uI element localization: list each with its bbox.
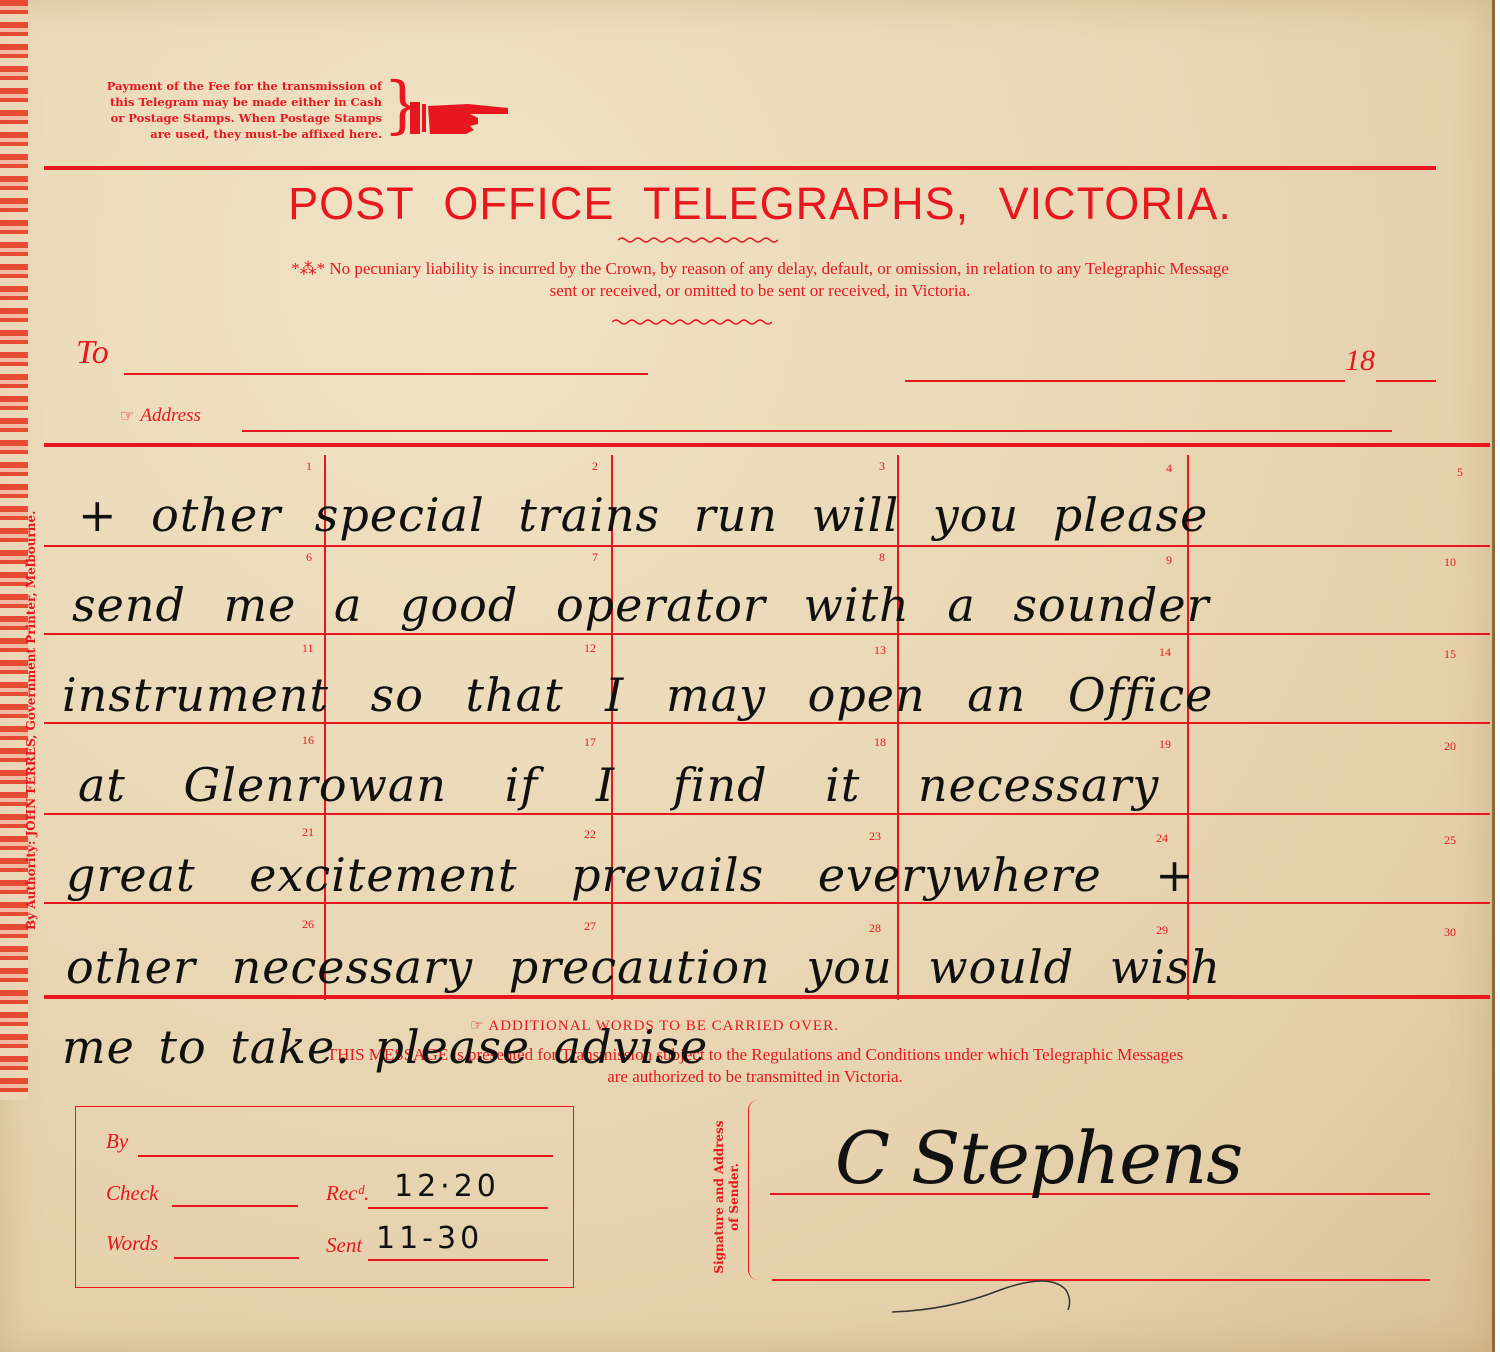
by-label: By <box>106 1129 128 1154</box>
cell-number: 18 <box>874 735 886 750</box>
to-label: To <box>76 334 109 372</box>
cell-number: 9 <box>1166 553 1172 568</box>
words-label: Words <box>106 1231 158 1256</box>
wavy-divider <box>612 318 772 326</box>
cell-number: 27 <box>584 919 596 934</box>
cell-number: 4 <box>1166 461 1172 476</box>
sender-address-field[interactable] <box>772 1279 1430 1281</box>
cell-number: 29 <box>1156 923 1168 938</box>
cell-number: 8 <box>879 550 885 565</box>
check-label: Check <box>106 1181 158 1206</box>
message-line: instrument so that I may open an Office <box>62 668 1213 722</box>
pointing-hand-icon <box>408 96 512 138</box>
cell-number: 19 <box>1159 737 1171 752</box>
cell-number: 12 <box>584 641 596 656</box>
cell-number: 28 <box>869 921 881 936</box>
by-field[interactable] <box>138 1155 553 1157</box>
cell-number: 6 <box>306 550 312 565</box>
received-time: 12·20 <box>394 1169 500 1204</box>
sender-brace <box>748 1100 769 1280</box>
pointing-hand-icon: ☞ <box>120 408 134 425</box>
date-field[interactable] <box>905 380 1345 382</box>
message-line: send me a good operator with a sounder <box>72 578 1210 632</box>
cell-number: 16 <box>302 733 314 748</box>
grid-row-divider <box>44 813 1490 815</box>
grid-row-divider <box>44 722 1490 724</box>
address-label: ☞Address <box>120 405 201 427</box>
fee-note: Payment of the Fee for the transmission … <box>52 78 382 142</box>
grid-row-divider <box>44 545 1490 547</box>
grid-top-rule <box>44 443 1490 447</box>
cell-number: 17 <box>584 735 596 750</box>
address-field[interactable] <box>242 430 1392 432</box>
cell-number: 7 <box>592 550 598 565</box>
sent-label: Sent <box>326 1233 362 1258</box>
year-label: 18 <box>1345 344 1375 378</box>
sender-label: Signature and Address of Sender. <box>712 1112 742 1282</box>
liability-notice: *⁂* No pecuniary liability is incurred b… <box>60 258 1460 302</box>
message-line: + other special trains run will you plea… <box>78 488 1208 542</box>
check-field[interactable] <box>172 1205 298 1207</box>
printer-credit: By Authority: JOHN FERRES, Government Pr… <box>24 511 38 930</box>
message-line: other necessary precaution you would wis… <box>66 940 1221 994</box>
received-label: Recᵈ. <box>326 1181 369 1206</box>
cell-number: 10 <box>1444 555 1456 570</box>
cell-number: 20 <box>1444 739 1456 754</box>
page-title: POST OFFICE TELEGRAPHS, VICTORIA. <box>200 178 1320 230</box>
to-field[interactable] <box>124 373 648 375</box>
cell-number: 23 <box>869 829 881 844</box>
telegram-form: By Authority: JOHN FERRES, Government Pr… <box>0 0 1495 1352</box>
grid-row-divider <box>44 633 1490 635</box>
cell-number: 5 <box>1457 465 1463 480</box>
year-field[interactable] <box>1376 380 1436 382</box>
cell-number: 24 <box>1156 831 1168 846</box>
message-line: me to take. please advise <box>62 1020 708 1074</box>
cell-number: 3 <box>879 459 885 474</box>
grid-row-divider <box>44 902 1490 904</box>
sent-field[interactable] <box>368 1259 548 1261</box>
cell-number: 25 <box>1444 833 1456 848</box>
cell-number: 30 <box>1444 925 1456 940</box>
cell-number: 22 <box>584 827 596 842</box>
sent-time: 11-30 <box>376 1221 483 1256</box>
wavy-divider <box>618 236 778 244</box>
received-field[interactable] <box>368 1207 548 1209</box>
words-field[interactable] <box>174 1257 299 1259</box>
cell-number: 21 <box>302 825 314 840</box>
office-use-box: By Check Words Recᵈ. 12·20 Sent 11-30 <box>75 1106 574 1288</box>
header-rule <box>44 166 1436 170</box>
cell-number: 15 <box>1444 647 1456 662</box>
cell-number: 2 <box>592 459 598 474</box>
message-line: great excitement prevails everywhere + <box>66 848 1195 902</box>
signature-flourish <box>890 1270 1080 1320</box>
cell-number: 14 <box>1159 645 1171 660</box>
cell-number: 1 <box>306 459 312 474</box>
cell-number: 26 <box>302 917 314 932</box>
cell-number: 11 <box>302 641 314 656</box>
message-line: at Glenrowan if I find it necessary <box>78 758 1159 812</box>
grid-bottom-rule <box>44 995 1490 999</box>
sender-signature: C Stephens <box>835 1116 1242 1200</box>
cell-number: 13 <box>874 643 886 658</box>
